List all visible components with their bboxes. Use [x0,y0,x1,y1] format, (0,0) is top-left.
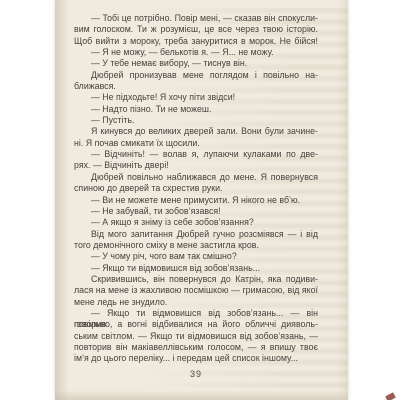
text-line: — Тобі це потрібно. Повір мені, — сказав… [74,13,318,24]
text-line: — Відчиніть! — волав я, лупаючи кулаками… [74,149,318,160]
text-line: рях. — Відчиніть двері! [74,160,318,171]
page-number: 39 [74,369,318,379]
text-line: — А якщо я зніму із себе зобов’язання? [74,217,318,228]
text-line: вим голоском. Ти ж розумієш, це все чере… [74,24,318,35]
text-line: — У чому річ, чого вам так смішно? [74,251,318,262]
text-line: — У тебе немає вибору, — тиснув він. [74,58,318,69]
text-line: — Якщо ти відмовишся від зобов’язань... [74,263,318,274]
body-text-block: — Тобі це потрібно. Повір мені, — сказав… [74,13,318,365]
text-line: Від мого запитання Дюбрей гучно розсміяв… [74,229,318,240]
text-line: — Не забувай, ти зобов’язався! [74,206,318,217]
text-line: ським світлом. — Якщо ти відмовишся від … [74,331,318,342]
text-line: спиною до дверей та схрестив руки. [74,183,318,194]
text-line: Дюбрей повільно наближався до мене. Я по… [74,172,318,183]
text-line: — Я не можу, — белькотів я. — Я... не мо… [74,47,318,58]
text-line: повторив він макіавеллівським голосом, —… [74,342,318,353]
text-line: ні. Я почав смикати їх щосили. [74,138,318,149]
text-line: ближався. [74,81,318,92]
red-cover-corner-speck [385,392,396,400]
text-line: Я кинувся до великих дверей зали. Вони б… [74,126,318,137]
text-line: — Якщо ти відмовишся від зобов’язань... … [74,308,318,319]
text-line: — Ви не можете мене примусити. Я нікого … [74,195,318,206]
text-line: лася на мене із жахливою посмішкою — гри… [74,285,318,296]
text-line: Скривившись, він повернувся до Катрін, я… [74,274,318,285]
text-line: мене ледь не знудило. [74,297,318,308]
text-line: Щоб вийти з мороку, треба зануритися в м… [74,36,318,47]
text-line: ім’я до цього переліку... і передам цей … [74,353,318,364]
text-line: — Надто пізно. Ти не можеш. [74,104,318,115]
text-line: — Не підходьте! Я хочу піти звідси! [74,92,318,103]
text-line: повільно, а вогні відбивалися на його об… [74,319,318,330]
text-line: Дюбрей пронизував мене поглядом і повіль… [74,70,318,81]
scanned-book-photo: — Тобі це потрібно. Повір мені, — сказав… [0,0,400,400]
text-line: того демонічного сміху в мене застигла к… [74,240,318,251]
book-page: — Тобі це потрібно. Повір мені, — сказав… [55,0,348,400]
text-line: — Пустіть. [74,115,318,126]
